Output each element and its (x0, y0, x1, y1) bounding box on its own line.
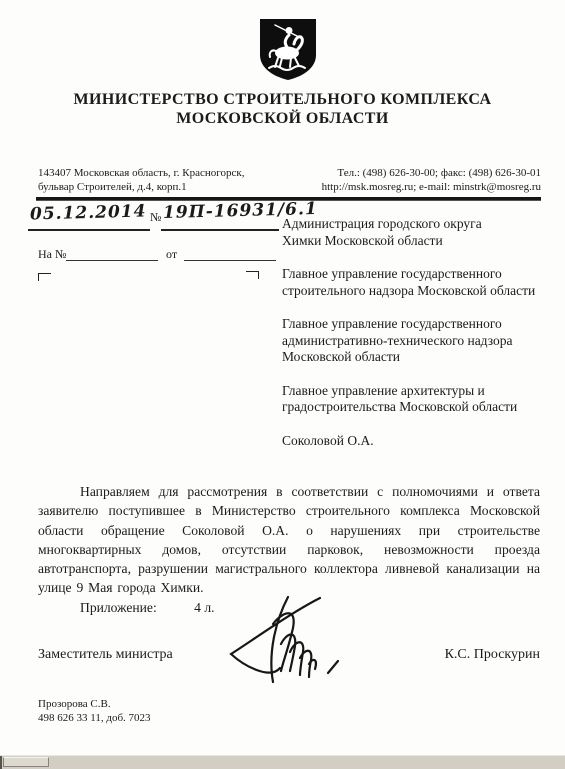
recipient-construction-supervision: Главное управление государственного стро… (282, 266, 544, 299)
incoming-number-label: На № (38, 247, 66, 262)
signer-name: К.С. Проскурин (445, 647, 540, 663)
number-underline (161, 229, 279, 231)
incoming-date-blank (184, 260, 276, 261)
incoming-number-blank (66, 260, 158, 261)
moscow-region-emblem-icon (256, 17, 320, 83)
address-line1: 143407 Московская область, г. Красногорс… (38, 166, 244, 180)
handwritten-date: 05.12.2014 (30, 201, 147, 224)
signature-scribble-icon (222, 594, 360, 688)
body-paragraph: Направляем для рассмотрения в соответств… (38, 482, 540, 598)
date-underline (28, 229, 150, 231)
signer-position-title: Заместитель министра (38, 647, 173, 663)
horizontal-scrollbar[interactable] (0, 755, 565, 769)
executor-block: Прозорова С.В. 498 626 33 11, доб. 7023 (38, 697, 151, 725)
recipient-architecture-department: Главное управление архитектуры и градост… (282, 383, 544, 416)
scrollbar-left-edge (0, 756, 2, 769)
attachment-label: Приложение: (80, 600, 157, 615)
scanned-letter-viewer: МИНИСТЕРСТВО СТРОИТЕЛЬНОГО КОМПЛЕКСА МОС… (0, 0, 565, 769)
document-page: МИНИСТЕРСТВО СТРОИТЕЛЬНОГО КОМПЛЕКСА МОС… (0, 0, 565, 756)
recipient-khimki-administration: Администрация городского округа Химки Мо… (282, 216, 544, 249)
executor-name: Прозорова С.В. (38, 697, 151, 711)
recipient-admin-technical-supervision: Главное управление государственного адми… (282, 316, 544, 366)
executor-phone: 498 626 33 11, доб. 7023 (38, 711, 151, 725)
number-sign: № (150, 210, 161, 225)
attachment-value: 4 л. (194, 600, 214, 615)
address-line2: бульвар Строителей, д.4, корп.1 (38, 180, 244, 194)
phone-fax-line: Тел.: (498) 626-30-00; факс: (498) 626-3… (322, 166, 541, 180)
postal-address: 143407 Московская область, г. Красногорс… (38, 166, 244, 194)
ministry-title-line1: МИНИСТЕРСТВО СТРОИТЕЛЬНОГО КОМПЛЕКСА (0, 90, 565, 109)
ministry-title: МИНИСТЕРСТВО СТРОИТЕЛЬНОГО КОМПЛЕКСА МОС… (0, 90, 565, 128)
recipient-sokolova: Соколовой О.А. (282, 433, 544, 450)
contacts-block: 143407 Московская область, г. Красногорс… (38, 166, 541, 194)
recipients-list: Администрация городского округа Химки Мо… (282, 216, 544, 466)
phone-web-contacts: Тел.: (498) 626-30-00; факс: (498) 626-3… (322, 166, 541, 194)
web-email-line: http://msk.mosreg.ru; e-mail: minstrk@mo… (322, 180, 541, 194)
incoming-date-label: от (166, 247, 177, 262)
scrollbar-thumb[interactable] (3, 757, 49, 767)
address-corner-mark-right (246, 271, 259, 279)
address-corner-mark-left (38, 273, 51, 281)
ministry-title-line2: МОСКОВСКОЙ ОБЛАСТИ (0, 109, 565, 128)
